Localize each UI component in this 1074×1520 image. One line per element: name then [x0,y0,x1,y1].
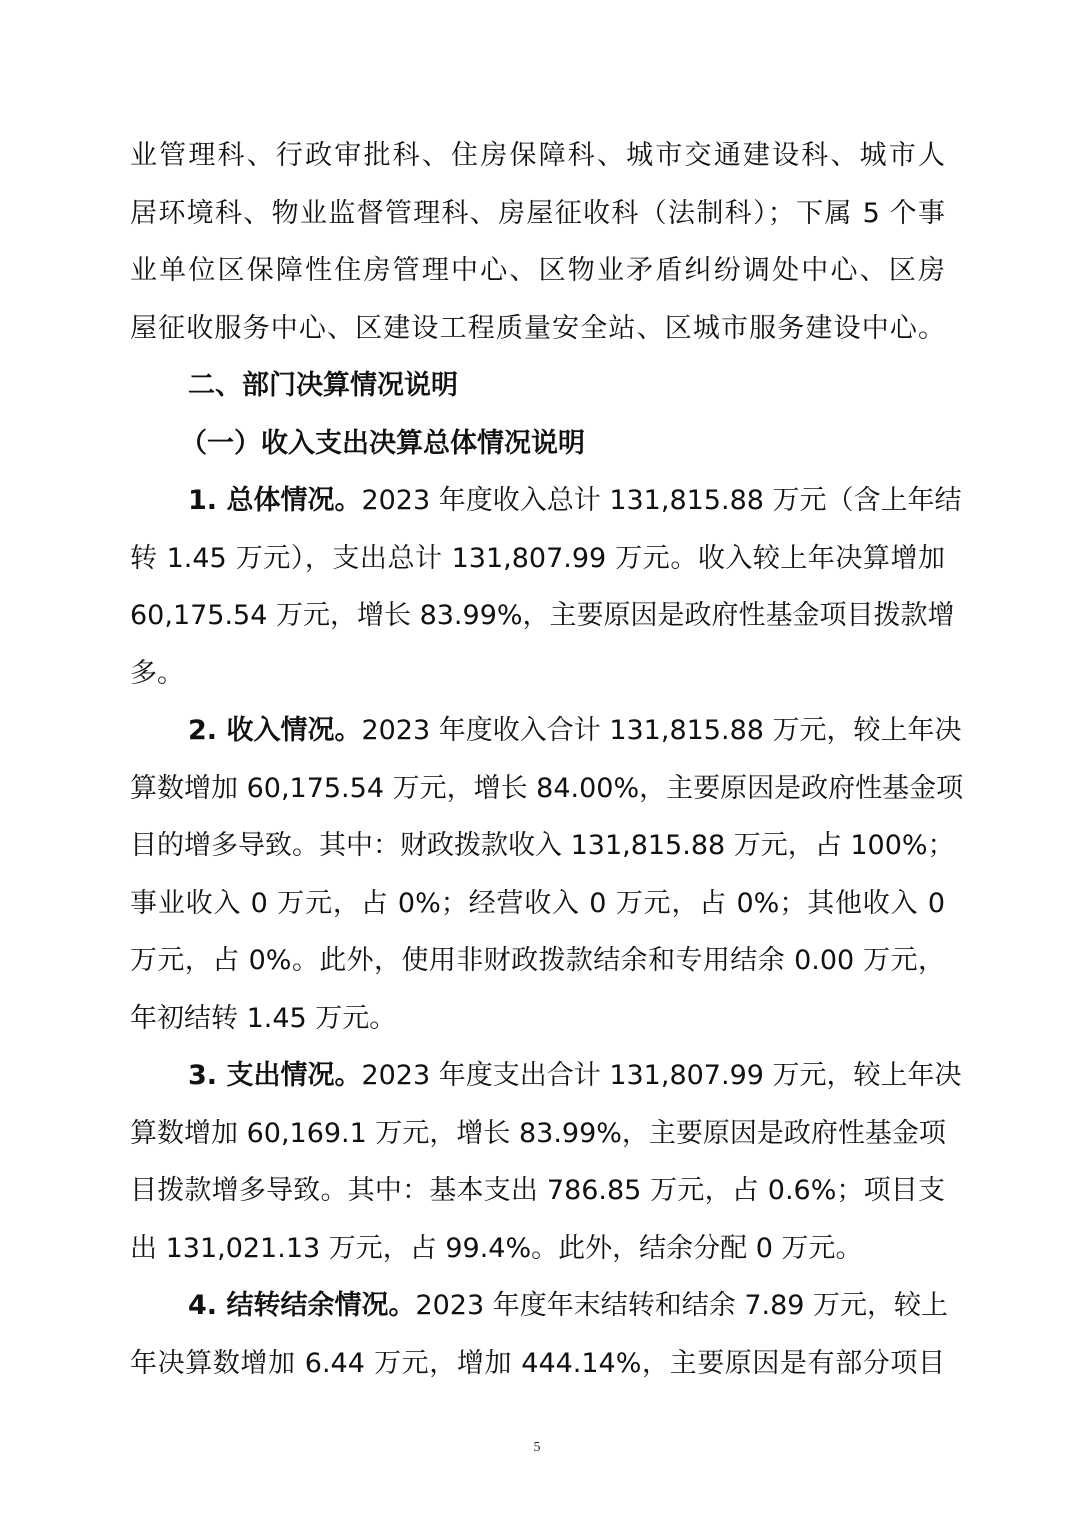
paragraph-text: 2023 年度年末结转和结余 7.89 万元，较上 [415,1290,948,1321]
body-text-line: 算数增加 60,169.1 万元，增长 83.99%，主要原因是政府性基金项 [130,1105,945,1163]
body-text-line: 目的增多导致。其中：财政拨款收入 131,815.88 万元，占 100%； [130,817,945,875]
document-page: 业管理科、行政审批科、住房保障科、城市交通建设科、城市人 居环境科、物业监督管理… [130,127,945,1392]
paragraph-text: 2023 年度支出合计 131,807.99 万元，较上年决 [361,1060,961,1091]
body-text-line: 居环境科、物业监督管理科、房屋征收科（法制科）；下属 5 个事 [130,185,945,243]
paragraph-expenditure-first-line: 3. 支出情况。2023 年度支出合计 131,807.99 万元，较上年决 [130,1047,945,1105]
paragraph-income-first-line: 2. 收入情况。2023 年度收入合计 131,815.88 万元，较上年决 [130,702,945,760]
body-text-line: 转 1.45 万元），支出总计 131,807.99 万元。收入较上年决算增加 [130,530,945,588]
paragraph-overall-first-line: 1. 总体情况。2023 年度收入总计 131,815.88 万元（含上年结 [130,472,945,530]
body-text-line: 年初结转 1.45 万元。 [130,990,945,1048]
body-text-line: 业管理科、行政审批科、住房保障科、城市交通建设科、城市人 [130,127,945,185]
body-text-line: 多。 [130,645,945,703]
body-text-line: 屋征收服务中心、区建设工程质量安全站、区城市服务建设中心。 [130,300,945,358]
body-text-line: 事业收入 0 万元，占 0%；经营收入 0 万元，占 0%；其他收入 0 [130,875,945,933]
page-number: 5 [0,1440,1074,1456]
section-heading: 二、部门决算情况说明 [130,357,945,415]
body-text-line: 60,175.54 万元，增长 83.99%，主要原因是政府性基金项目拨款增 [130,587,945,645]
paragraph-text: 2023 年度收入合计 131,815.88 万元，较上年决 [361,715,961,746]
paragraph-text: 2023 年度收入总计 131,815.88 万元（含上年结 [361,485,961,516]
paragraph-lead-carryover: 4. 结转结余情况。 [188,1290,415,1321]
body-text-line: 万元，占 0%。此外，使用非财政拨款结余和专用结余 0.00 万元， [130,932,945,990]
body-text-line: 目拨款增多导致。其中：基本支出 786.85 万元，占 0.6%；项目支 [130,1162,945,1220]
paragraph-lead-income: 2. 收入情况。 [188,715,361,746]
paragraph-lead-expenditure: 3. 支出情况。 [188,1060,361,1091]
body-text-line: 业单位区保障性住房管理中心、区物业矛盾纠纷调处中心、区房 [130,242,945,300]
body-text-line: 年决算数增加 6.44 万元，增加 444.14%，主要原因是有部分项目 [130,1335,945,1393]
subsection-heading: （一）收入支出决算总体情况说明 [130,415,945,473]
body-text-line: 算数增加 60,175.54 万元，增长 84.00%，主要原因是政府性基金项 [130,760,945,818]
paragraph-lead-overall: 1. 总体情况。 [188,485,361,516]
body-text-line: 出 131,021.13 万元，占 99.4%。此外，结余分配 0 万元。 [130,1220,945,1278]
paragraph-carryover-first-line: 4. 结转结余情况。2023 年度年末结转和结余 7.89 万元，较上 [130,1277,945,1335]
